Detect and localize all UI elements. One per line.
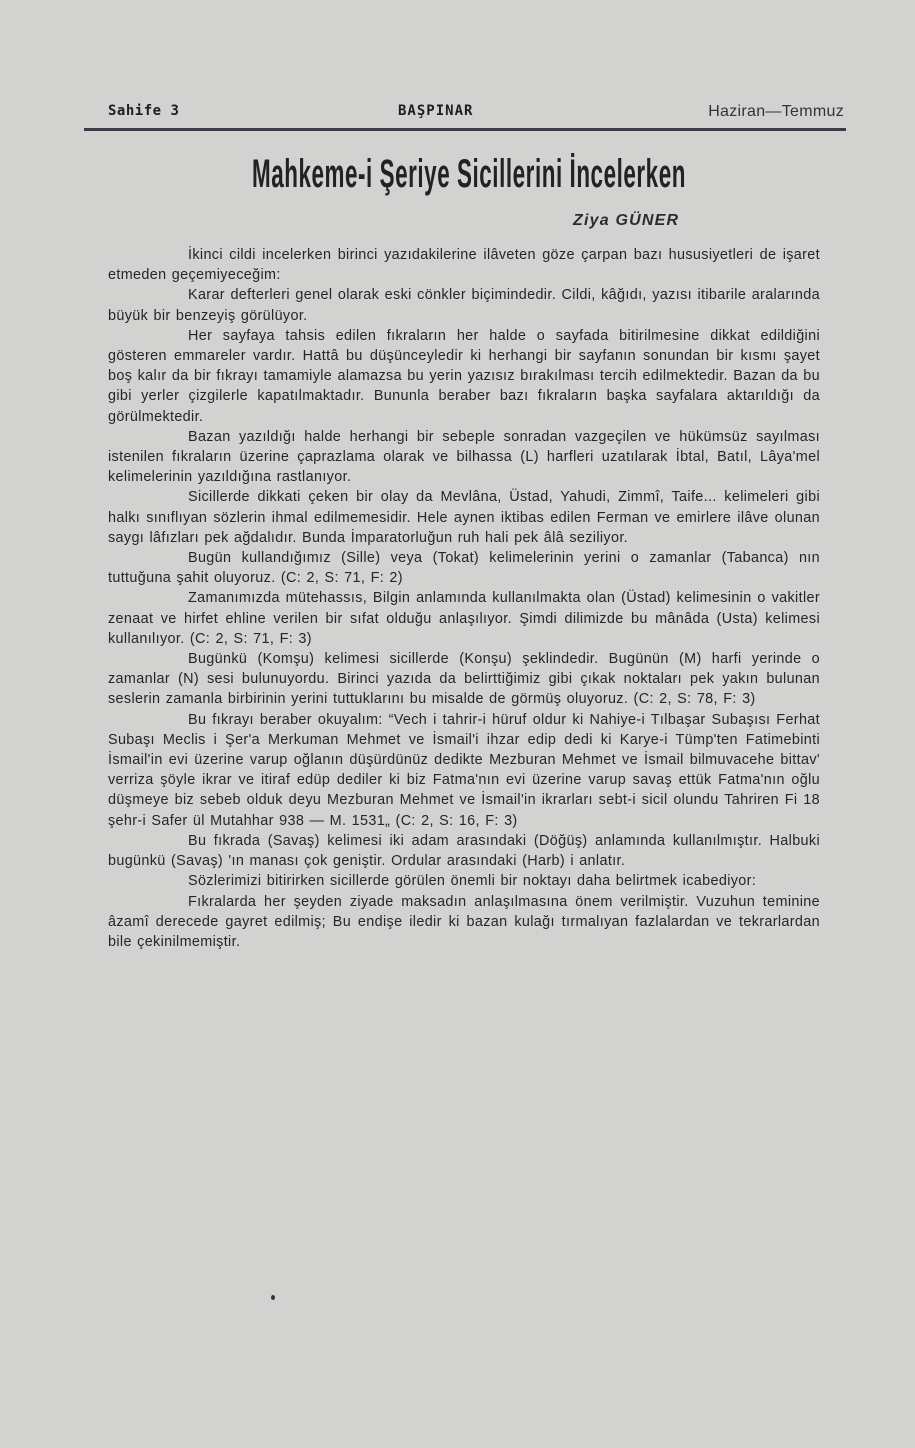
paragraph: İkinci cildi incelerken birinci yazıdaki… [108,245,820,285]
issue-date: Haziran—Temmuz [708,103,844,121]
article-author: Ziya GÜNER [573,212,679,230]
page-number-label: Sahife 3 [108,103,179,119]
newspaper-page: Sahife 3 BAŞPINAR Haziran—Temmuz Mahkeme… [0,0,915,1448]
publication-name: BAŞPINAR [398,103,473,119]
paragraph: Karar defterleri genel olarak eski cönkl… [108,285,820,325]
ink-speck [271,1295,275,1300]
paragraph: Her sayfaya tahsis edilen fıkraların her… [108,326,820,427]
paragraph: Fıkralarda her şeyden ziyade maksadın an… [108,892,820,953]
article-body: İkinci cildi incelerken birinci yazıdaki… [108,245,820,952]
paragraph: Bazan yazıldığı halde herhangi bir sebep… [108,427,820,488]
paragraph: Sicillerde dikkati çeken bir olay da Mev… [108,487,820,548]
paragraph: Sözlerimizi bitirirken sicillerde görüle… [108,871,820,891]
paragraph: Zamanımızda mütehassıs, Bilgin anlamında… [108,588,820,649]
header-rule [84,128,846,131]
paragraph: Bugünkü (Komşu) kelimesi sicillerde (Kon… [108,649,820,710]
paragraph: Bu fıkrayı beraber okuyalım: “Vech i tah… [108,710,820,831]
article-title: Mahkeme-i Şeriye Sicillerini İncelerken [252,150,510,198]
running-head: Sahife 3 BAŞPINAR Haziran—Temmuz [108,99,844,123]
paragraph: Bu fıkrada (Savaş) kelimesi iki adam ara… [108,831,820,871]
paragraph: Bugün kullandığımız (Sille) veya (Tokat)… [108,548,820,588]
